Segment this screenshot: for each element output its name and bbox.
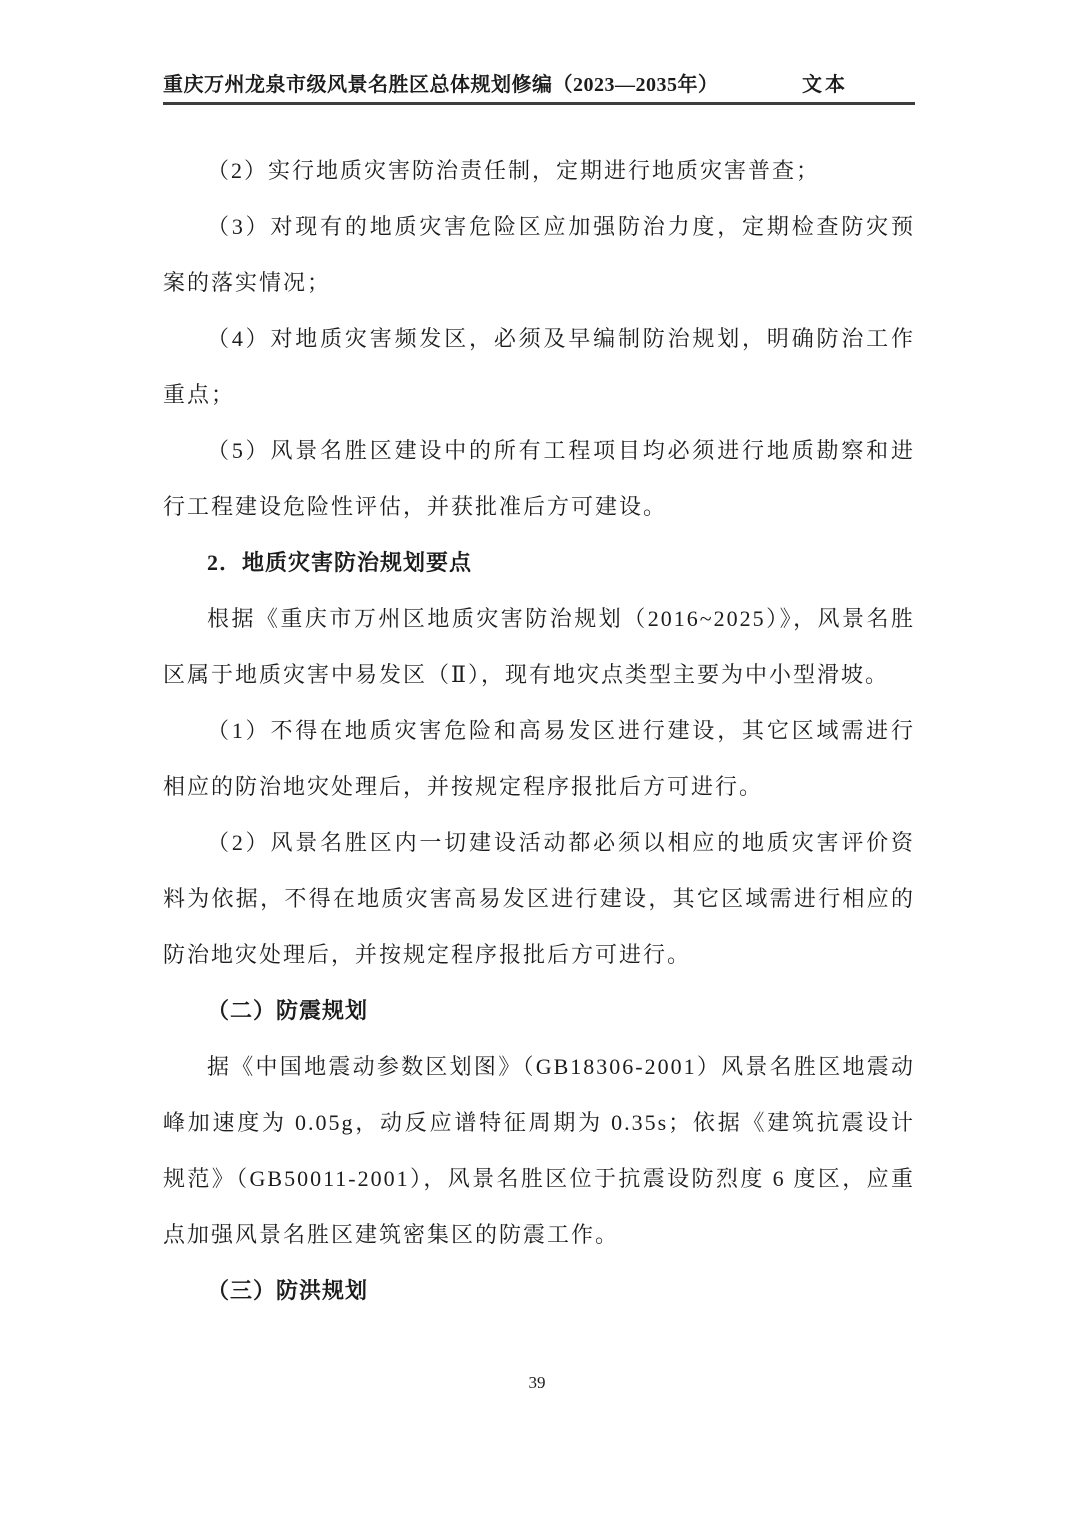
paragraph: （4）对地质灾害频发区，必须及早编制防治规划，明确防治工作重点； (163, 311, 915, 423)
paragraph: （1）不得在地质灾害危险和高易发区进行建设，其它区域需进行相应的防治地灾处理后，… (163, 703, 915, 815)
paragraph: 根据《重庆市万州区地质灾害防治规划（2016~2025）》，风景名胜区属于地质灾… (163, 591, 915, 703)
paragraph: 据《中国地震动参数区划图》（GB18306-2001）风景名胜区地震动峰加速度为… (163, 1039, 915, 1263)
paragraph: （2）风景名胜区内一切建设活动都必须以相应的地质灾害评价资料为依据，不得在地质灾… (163, 815, 915, 983)
page-header: 重庆万州龙泉市级风景名胜区总体规划修编（2023—2035年） 文本 (163, 72, 915, 105)
header-title: 重庆万州龙泉市级风景名胜区总体规划修编（2023—2035年） (163, 72, 719, 99)
paragraph: （2）实行地质灾害防治责任制，定期进行地质灾害普查； (163, 143, 915, 199)
paragraph: （3）对现有的地质灾害危险区应加强防治力度，定期检查防灾预案的落实情况； (163, 199, 915, 311)
section-heading: （三）防洪规划 (163, 1263, 915, 1319)
document-body: （2）实行地质灾害防治责任制，定期进行地质灾害普查； （3）对现有的地质灾害危险… (163, 143, 915, 1319)
section-heading: （二）防震规划 (163, 983, 915, 1039)
document-page: 重庆万州龙泉市级风景名胜区总体规划修编（2023—2035年） 文本 （2）实行… (0, 0, 1074, 1520)
paragraph: （5）风景名胜区建设中的所有工程项目均必须进行地质勘察和进行工程建设危险性评估，… (163, 423, 915, 535)
header-doc-type-label: 文本 (802, 72, 848, 99)
page-footer: 39 (0, 1370, 1074, 1396)
page-number: 39 (529, 1373, 546, 1392)
section-heading: 2．地质灾害防治规划要点 (163, 535, 915, 591)
